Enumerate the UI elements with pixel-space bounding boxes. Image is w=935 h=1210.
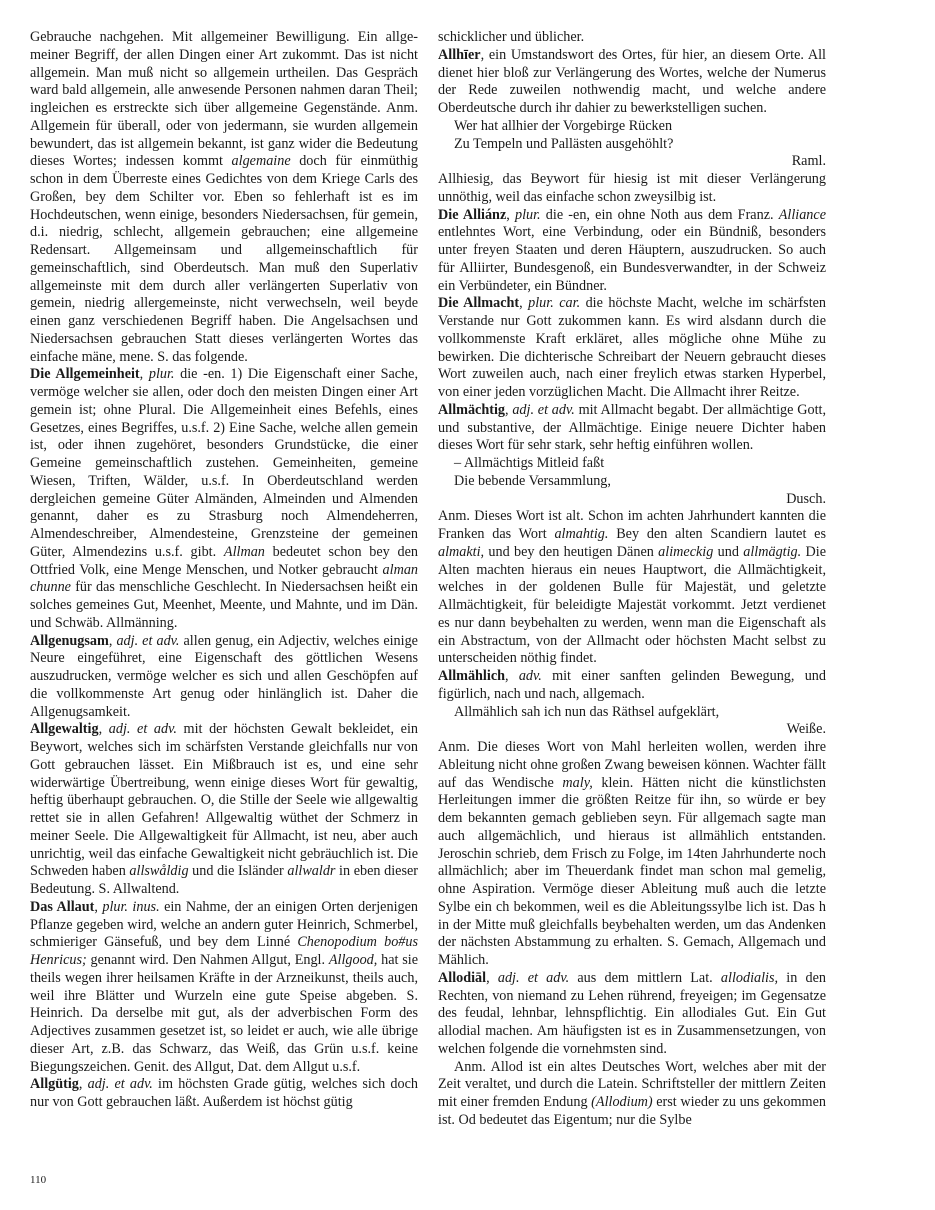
entry-text: die -en. 1) Die Eigenschaft einer Sa­che… (30, 366, 418, 560)
dictionary-entry: Die Alliánz, plur. die -en, ein ohne Not… (438, 207, 826, 296)
page-number: 110 (30, 1174, 46, 1186)
entry-text: die -en, ein ohne Noth aus dem Franz. (541, 207, 779, 223)
headword: Die Allmacht (438, 295, 519, 311)
dictionary-entry: Allmählich, adv. mit einer sanften gelin… (438, 668, 826, 704)
dictionary-entry: Allodiāl, adj. et adv. aus dem mittlern … (438, 970, 826, 1059)
entry-text: doch für einmüthig schon in dem Überrest… (30, 153, 418, 364)
quote-attribution: Raml. (438, 153, 826, 171)
italic-term: maly, (562, 775, 592, 791)
entry-text: , (99, 721, 109, 737)
italic-term: plur. inus. (102, 899, 159, 915)
verse-line: Allmählich sah ich nun das Räthsel aufge… (438, 704, 826, 722)
entry-text: , ein Umstandswort des Ortes, für hier, … (438, 47, 826, 116)
verse-line: Zu Tempeln und Pallästen ausgehöhlt? (438, 136, 826, 154)
entry-text: und bey den heutigen Dänen (484, 544, 658, 560)
entry-text: , (486, 970, 498, 986)
italic-term: alimeckig (658, 544, 713, 560)
headword: Allgewaltig (30, 721, 99, 737)
entry-text: und die Isländer (189, 863, 288, 879)
dictionary-entry: Anm. Dieses Wort ist alt. Schon im achte… (438, 508, 826, 668)
entry-text: hat sie theils wegen ihrer heilsamen Krä… (30, 952, 418, 1075)
italic-term: adj. et adv. (498, 970, 569, 986)
italic-term: allmäg­tig. (743, 544, 801, 560)
headword: Allmächtig (438, 402, 505, 418)
italic-term: allodialis, (721, 970, 778, 986)
dictionary-entry: Die Allmacht, plur. car. die höchste Mac… (438, 295, 826, 402)
italic-term: adj. et adv. (512, 402, 574, 418)
headword: Allhīer (438, 47, 481, 63)
headword: Die Alliánz (438, 207, 506, 223)
verse-line: – Allmächtigs Mitleid faßt (438, 455, 826, 473)
quote-attribution: Weiße. (438, 721, 826, 739)
entry-text: Die Alten machten hieraus ein neues Haup… (438, 544, 826, 667)
italic-term: al­gemaine (232, 153, 291, 169)
entry-text: Gebrauche nachgehen. Mit allgemeiner Bew… (30, 29, 418, 169)
headword: Allgütig (30, 1076, 79, 1092)
dictionary-entry: Allgenugsam, adj. et adv. allen genug, e… (30, 633, 418, 722)
headword: Allgenugsam (30, 633, 109, 649)
italic-term: adj. et adv. (88, 1076, 153, 1092)
entry-text: mit der höchsten Gewalt bekleidet, ein B… (30, 721, 418, 879)
dictionary-entry: Allgütig, adj. et adv. im höchsten Grade… (30, 1076, 418, 1112)
entry-text: Bey den alten Scandiern lautet es (608, 526, 826, 542)
entry-text: entlehntes Wort, eine Verbindung, oder e… (438, 224, 826, 293)
entry-text: , (140, 366, 149, 382)
dictionary-entry: Das Allaut, plur. inus. ein Nahme, der a… (30, 899, 418, 1077)
entry-text: aus dem mittlern Lat. (569, 970, 721, 986)
verse-line: Wer hat allhier der Vorgebirge Rücken (438, 118, 826, 136)
entry-text: schicklicher und üblicher. (438, 29, 584, 45)
italic-term: (Allodium) (591, 1094, 652, 1110)
entry-text: , (505, 668, 519, 684)
entry-text: und (713, 544, 743, 560)
dictionary-entry: schicklicher und üblicher. (438, 29, 826, 47)
italic-term: plur. (515, 207, 541, 223)
dictionary-entry: Allmächtig, adj. et adv. mit Allmacht be… (438, 402, 826, 455)
dictionary-entry: Allhiesig, das Beywort für hiesig ist mi… (438, 171, 826, 207)
dictionary-entry: Allhīer, ein Umstandswort des Ortes, für… (438, 47, 826, 118)
italic-term: plur. (149, 366, 175, 382)
italic-term: adv. (519, 668, 542, 684)
dictionary-entry: Anm. Allod ist ein altes Deutsches Wort,… (438, 1059, 826, 1130)
entry-text: , (506, 207, 515, 223)
verse-line: Die bebende Versammlung, (438, 473, 826, 491)
italic-term: adj. et adv. (116, 633, 179, 649)
italic-term: Allgood, (329, 952, 377, 968)
italic-term: Allman (224, 544, 265, 560)
entry-text: für das menschliche Ge­schlecht. In Nied… (30, 579, 418, 631)
italic-term: adj. et adv. (109, 721, 177, 737)
italic-term: allwaldr (287, 863, 335, 879)
dictionary-entry: Anm. Die dieses Wort von Mahl herleiten … (438, 739, 826, 970)
dictionary-page: Gebrauche nachgehen. Mit allgemeiner Bew… (0, 0, 935, 1210)
dictionary-entry: Allgewaltig, adj. et adv. mit der höchst… (30, 721, 418, 899)
italic-term: plur. car. (528, 295, 580, 311)
italic-term: almahtig. (554, 526, 608, 542)
italic-term: almakti, (438, 544, 484, 560)
italic-term: Alli­ance (779, 207, 826, 223)
entry-text: , (519, 295, 528, 311)
entry-text: klein. Hätten nicht die künstlich­sten H… (438, 775, 826, 969)
headword: Die Allgemeinheit (30, 366, 140, 382)
italic-term: allswåldig (129, 863, 188, 879)
headword: Allmählich (438, 668, 505, 684)
right-column: schicklicher und üblicher.Allhīer, ein U… (438, 29, 826, 1130)
entry-text: genannt wird. Den Nahmen Allgut, Engl. (87, 952, 329, 968)
entry-text: Allhiesig, das Beywort für hiesig ist mi… (438, 171, 826, 205)
left-column: Gebrauche nachgehen. Mit allgemeiner Bew… (30, 29, 418, 1112)
headword: Das Allaut (30, 899, 94, 915)
headword: Allodiāl (438, 970, 486, 986)
quote-attribution: Dusch. (438, 491, 826, 509)
dictionary-entry: Die Allgemeinheit, plur. die -en. 1) Die… (30, 366, 418, 632)
dictionary-entry: Gebrauche nachgehen. Mit allgemeiner Bew… (30, 29, 418, 366)
entry-text: , (79, 1076, 88, 1092)
